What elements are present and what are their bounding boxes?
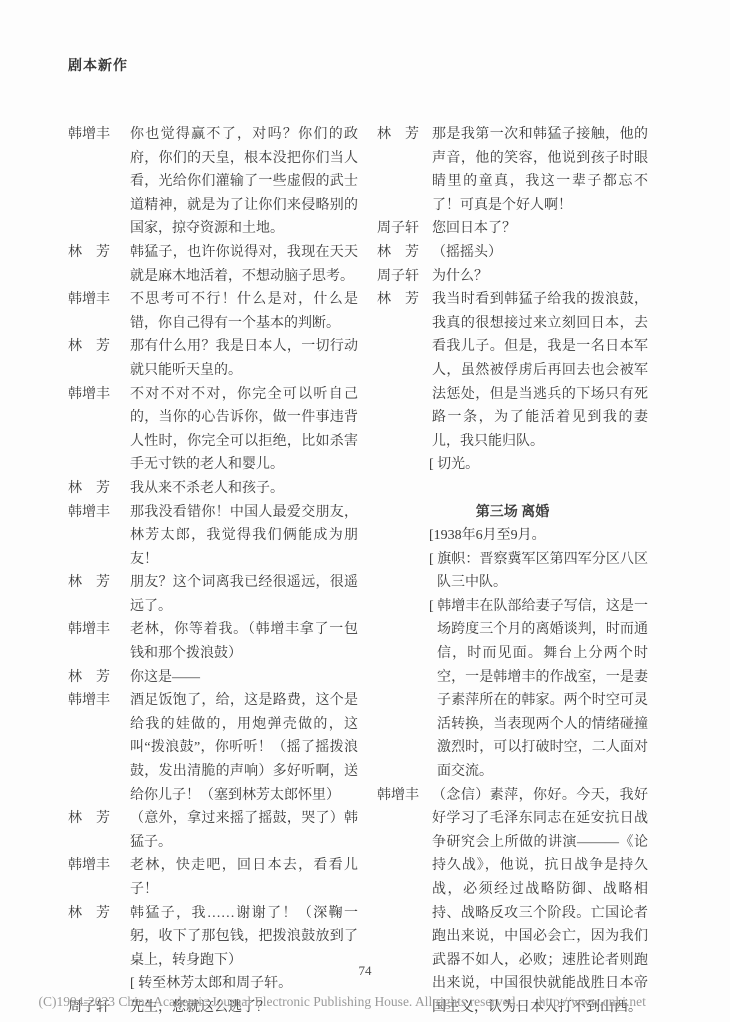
speaker-name: 韩增丰 — [68, 854, 130, 901]
speaker-name: 林 芳 — [377, 288, 432, 453]
dialogue-text: 那有什么用？我是日本人，一切行动就只能听天皇的。 — [130, 335, 358, 382]
dialogue-entry: 林 芳朋友？这个词离我已经很遥远，很遥远了。 — [68, 571, 358, 618]
dialogue-text: 那是我第一次和韩猛子接触，他的声音，他的笑容，他说到孩子时眼睛里的童真，我这一辈… — [432, 123, 648, 217]
speaker-name: 林 芳 — [68, 807, 130, 854]
speaker-name: 林 芳 — [377, 123, 432, 217]
dialogue-entry: 韩增丰酒足饭饱了，给，这是路费，这个是给我的娃做的，用炮弹壳做的，这叫“拨浪鼓”… — [68, 689, 358, 807]
dialogue-entry: 林 芳你这是—— — [68, 666, 358, 690]
dialogue-text: （摇摇头） — [432, 241, 648, 265]
speaker-name: 韩增丰 — [68, 689, 130, 807]
speaker-name: 周子轩 — [377, 265, 432, 289]
stage-direction: [ 旗帜：晋察冀军区第四军分区八区队三中队。 — [429, 548, 648, 595]
dialogue-text: 您回日本了？ — [432, 217, 648, 241]
dialogue-entry: 林 芳（摇摇头） — [377, 241, 648, 265]
dialogue-text: 韩猛子，我……谢谢了！（深鞠一躬，收下了那包钱，把拨浪鼓放到了桌上，转身跑下） — [130, 902, 358, 973]
dialogue-text: 不思考可不行！什么是对，什么是错，你自己得有一个基本的判断。 — [130, 288, 358, 335]
stage-direction: [ 切光。 — [429, 453, 648, 477]
dialogue-entry: 林 芳那有什么用？我是日本人，一切行动就只能听天皇的。 — [68, 335, 358, 382]
speaker-name: 林 芳 — [68, 571, 130, 618]
dialogue-entry: 韩增丰不对不对不对，你完全可以听自己的，当你的心告诉你，做一件事违背人性时，你完… — [68, 383, 358, 477]
speaker-name: 林 芳 — [68, 477, 130, 501]
speaker-name: 韩增丰 — [68, 288, 130, 335]
dialogue-entry: 韩增丰你也觉得赢不了，对吗？你们的政府，你们的天皇，根本没把你们当人看，光给你们… — [68, 123, 358, 241]
speaker-name: 韩增丰 — [68, 383, 130, 477]
dialogue-entry: 周子轩为什么？ — [377, 265, 648, 289]
dialogue-entry: 韩增丰不思考可不行！什么是对，什么是错，你自己得有一个基本的判断。 — [68, 288, 358, 335]
dialogue-text: 老林，你等着我。（韩增丰拿了一包钱和那个拨浪鼓） — [130, 618, 358, 665]
dialogue-entry: 林 芳韩猛子，我……谢谢了！（深鞠一躬，收下了那包钱，把拨浪鼓放到了桌上，转身跑… — [68, 902, 358, 973]
speaker-name: 韩增丰 — [68, 123, 130, 241]
script-column-right: 林 芳那是我第一次和韩猛子接触，他的声音，他的笑容，他说到孩子时眼睛里的童真，我… — [377, 123, 648, 1020]
speaker-name: 林 芳 — [68, 241, 130, 288]
dialogue-text: 老林，快走吧，回日本去，看看儿子！ — [130, 854, 358, 901]
column-rubric-header: 剧本新作 — [68, 55, 128, 75]
speaker-name: 周子轩 — [377, 217, 432, 241]
dialogue-text: 那我没看错你！中国人最爱交朋友，林芳太郎，我觉得我们俩能成为朋友！ — [130, 501, 358, 572]
dialogue-entry: 林 芳我从来不杀老人和孩子。 — [68, 477, 358, 501]
dialogue-text: 酒足饭饱了，给，这是路费，这个是给我的娃做的，用炮弹壳做的，这叫“拨浪鼓”，你听… — [130, 689, 358, 807]
script-column-left: 韩增丰你也觉得赢不了，对吗？你们的政府，你们的天皇，根本没把你们当人看，光给你们… — [68, 123, 358, 1020]
speaker-name: 林 芳 — [68, 335, 130, 382]
stage-direction: [ 韩增丰在队部给妻子写信，这是一场跨度三个月的离婚谈判，时而通信，时而见面。舞… — [429, 595, 648, 784]
dialogue-entry: 韩增丰老林，快走吧，回日本去，看看儿子！ — [68, 854, 358, 901]
page-number: 74 — [0, 963, 730, 979]
dialogue-entry: 韩增丰那我没看错你！中国人最爱交朋友，林芳太郎，我觉得我们俩能成为朋友！ — [68, 501, 358, 572]
dialogue-text: 你这是—— — [130, 666, 358, 690]
speaker-name: 韩增丰 — [68, 501, 130, 572]
dialogue-entry: 林 芳（意外，拿过来摇了摇鼓，哭了）韩猛子。 — [68, 807, 358, 854]
copyright-watermark: (C)1994-2023 China Academic Journal Elec… — [25, 978, 646, 1022]
stage-direction: [1938年6月至9月。 — [429, 524, 648, 548]
cnki-url: http://www.cnki.net — [539, 994, 646, 1009]
dialogue-text: 为什么？ — [432, 265, 648, 289]
dialogue-entry: 周子轩您回日本了？ — [377, 217, 648, 241]
dialogue-text: 我从来不杀老人和孩子。 — [130, 477, 358, 501]
dialogue-text: 我当时看到韩猛子给我的拨浪鼓，我真的很想接过来立刻回日本，去看我儿子。但是，我是… — [432, 288, 648, 453]
scene-heading: 第三场 离婚 — [377, 501, 648, 525]
dialogue-entry: 韩增丰老林，你等着我。（韩增丰拿了一包钱和那个拨浪鼓） — [68, 618, 358, 665]
copyright-text: (C)1994-2023 China Academic Journal Elec… — [39, 994, 519, 1009]
dialogue-text: 你也觉得赢不了，对吗？你们的政府，你们的天皇，根本没把你们当人看，光给你们灌输了… — [130, 123, 358, 241]
journal-page: 剧本新作 韩增丰你也觉得赢不了，对吗？你们的政府，你们的天皇，根本没把你们当人看… — [0, 0, 730, 1022]
dialogue-entry: 林 芳我当时看到韩猛子给我的拨浪鼓，我真的很想接过来立刻回日本，去看我儿子。但是… — [377, 288, 648, 453]
dialogue-text: 韩猛子，也许你说得对，我现在天天就是麻木地活着，不想动脑子思考。 — [130, 241, 358, 288]
dialogue-text: 不对不对不对，你完全可以听自己的，当你的心告诉你，做一件事违背人性时，你完全可以… — [130, 383, 358, 477]
speaker-name: 林 芳 — [68, 666, 130, 690]
speaker-name: 林 芳 — [68, 902, 130, 973]
dialogue-text: （意外，拿过来摇了摇鼓，哭了）韩猛子。 — [130, 807, 358, 854]
dialogue-entry: 林 芳那是我第一次和韩猛子接触，他的声音，他的笑容，他说到孩子时眼睛里的童真，我… — [377, 123, 648, 217]
speaker-name: 林 芳 — [377, 241, 432, 265]
speaker-name: 韩增丰 — [68, 618, 130, 665]
dialogue-text: 朋友？这个词离我已经很遥远，很遥远了。 — [130, 571, 358, 618]
dialogue-entry: 林 芳韩猛子，也许你说得对，我现在天天就是麻木地活着，不想动脑子思考。 — [68, 241, 358, 288]
